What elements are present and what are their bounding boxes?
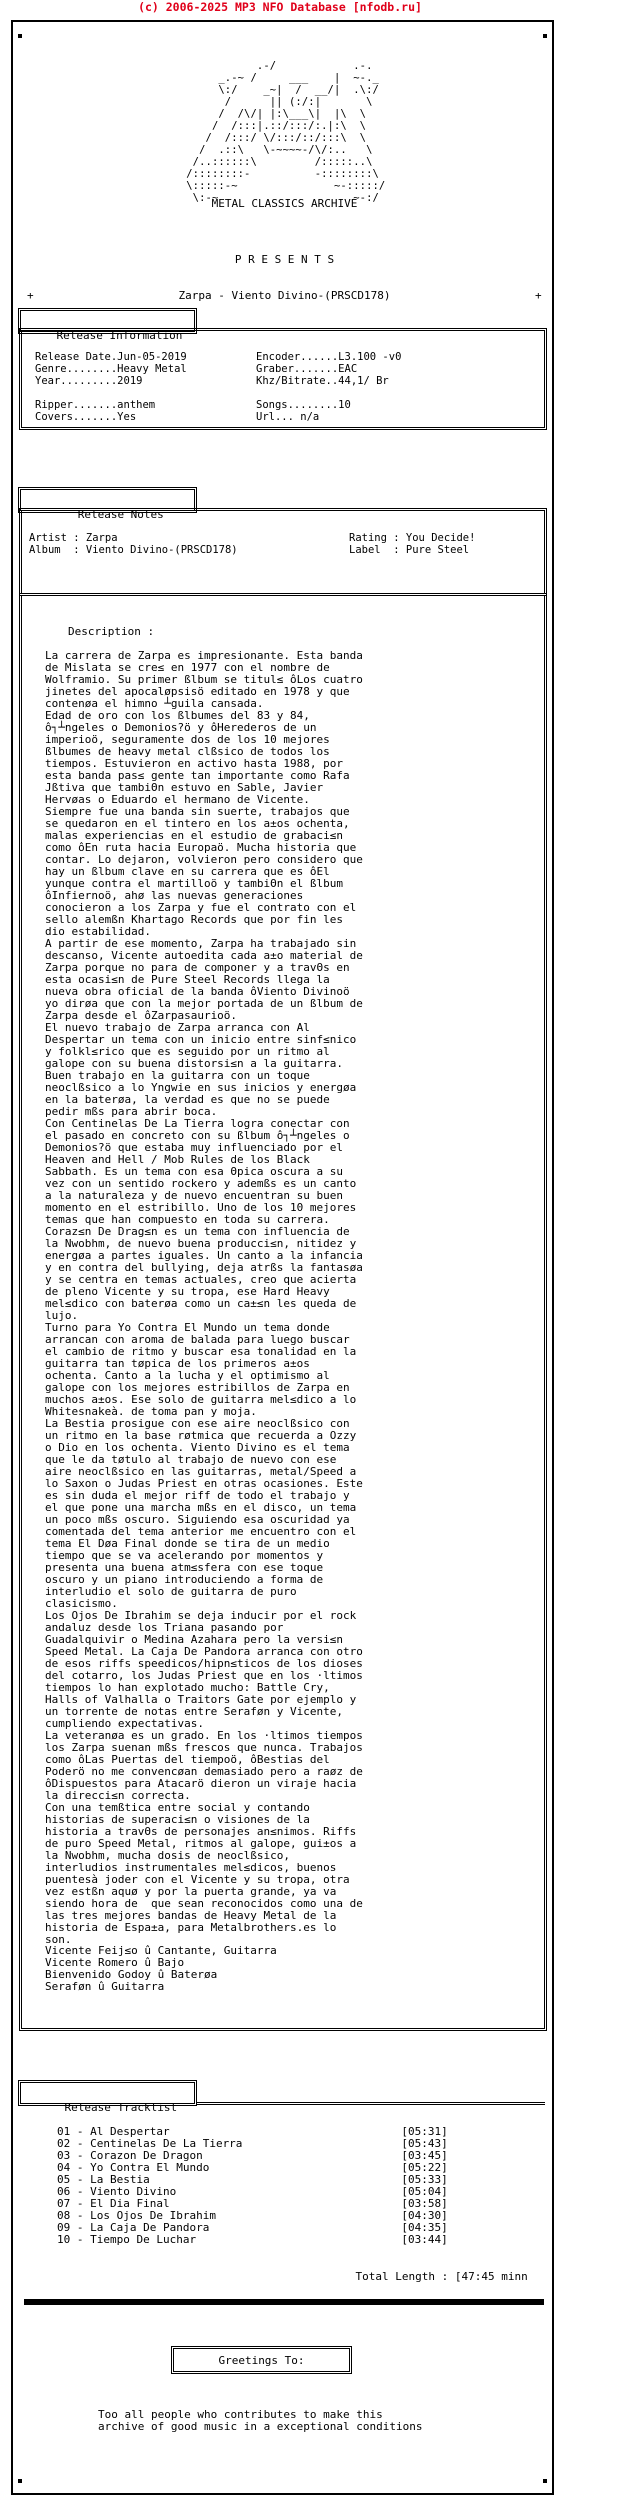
logo-art-line: .-/ .-. bbox=[167, 60, 385, 72]
description-line: mel≤dico con baterøa como un ca±≤n les q… bbox=[45, 1298, 363, 1310]
track-row: 10 - Tiempo De Luchar [03:44] bbox=[57, 2234, 448, 2246]
section-divider bbox=[24, 2299, 544, 2305]
greetings-line: archive of good music in a exceptional c… bbox=[98, 2421, 423, 2433]
nfo-frame: .-/ .-. _.-~ / ___ | ~-._ \:/ _~| / __/|… bbox=[11, 20, 554, 2495]
description-heading: Description : bbox=[68, 626, 154, 638]
release-info-field: Covers.......Yes bbox=[35, 411, 187, 423]
record-label-label: Label : bbox=[349, 544, 406, 556]
release-info-field: Genre........Heavy Metal bbox=[35, 363, 187, 375]
lineup-line: Seraføn û Guitarra bbox=[45, 1981, 277, 1993]
description-panel: Description : La carrera de Zarpa es imp… bbox=[19, 593, 547, 2031]
release-information-panel: Release Date.Jun-05-2019Genre........Hea… bbox=[19, 328, 547, 430]
logo-art-line: / /:::|.::/:::/:.|:\ \ bbox=[167, 120, 385, 132]
album-value: Viento Divino-(PRSCD178) bbox=[86, 544, 238, 556]
logo-art-line: _.-~ / ___ | ~-._ bbox=[167, 72, 385, 84]
release-info-field: Ripper.......anthem bbox=[35, 399, 187, 411]
record-label-value: Pure Steel bbox=[406, 544, 469, 556]
artist-value: Zarpa bbox=[86, 532, 118, 544]
total-length-label: Total Length : bbox=[356, 2270, 455, 2283]
release-info-right-column: Encoder......L3.100 -v0Graber.......EACK… bbox=[256, 351, 401, 423]
release-notes-header-panel: Artist : Zarpa Album : Viento Divino-(PR… bbox=[19, 508, 547, 596]
greetings-heading: Greetings To: bbox=[218, 2349, 304, 2367]
release-info-field: Url... n/a bbox=[256, 411, 401, 423]
tracklist: 01 - Al Despertar [05:31]02 - Centinelas… bbox=[57, 2126, 448, 2246]
logo-art-line: \:/ _~| / __/| .\:/ bbox=[167, 84, 385, 96]
release-info-field bbox=[256, 387, 401, 399]
total-length: Total Length : [47:45 minn bbox=[329, 2259, 528, 2295]
release-info-field: Graber.......EAC bbox=[256, 363, 401, 375]
logo-art-line: / /\/| |:\___\| |\ \ bbox=[167, 108, 385, 120]
release-info-field: Year.........2019 bbox=[35, 375, 187, 387]
release-title: Zarpa - Viento Divino-(PRSCD178) bbox=[13, 290, 556, 302]
artist-row: Artist : Zarpa bbox=[29, 532, 118, 544]
release-info-field bbox=[35, 387, 187, 399]
corner-marker-top-right bbox=[543, 34, 547, 38]
band-lineup: Vicente Feij≤o û Cantante, GuitarraVicen… bbox=[45, 1945, 277, 1993]
artist-label: Artist : bbox=[29, 532, 86, 544]
rating-value: You Decide! bbox=[406, 532, 476, 544]
metal-classics-archive-logo-icon: .-/ .-. _.-~ / ___ | ~-._ \:/ _~| / __/|… bbox=[167, 60, 385, 204]
rating-label: Rating : bbox=[349, 532, 406, 544]
rating-row: Rating : You Decide! bbox=[349, 532, 475, 544]
album-label: Album : bbox=[29, 544, 86, 556]
tab-release-tracklist: Release Tracklist bbox=[18, 2080, 197, 2106]
release-info-left-column: Release Date.Jun-05-2019Genre........Hea… bbox=[35, 351, 187, 423]
tracklist-divider bbox=[197, 2102, 545, 2105]
logo-art-line: \:::::-~ ~-:::::/ bbox=[167, 180, 385, 192]
release-info-field: Encoder......L3.100 -v0 bbox=[256, 351, 401, 363]
logo-art-line: / || (:/:| \ bbox=[167, 96, 385, 108]
album-row: Album : Viento Divino-(PRSCD178) bbox=[29, 544, 238, 556]
corner-marker-bottom-right bbox=[543, 2479, 547, 2483]
release-info-field: Khz/Bitrate..44,1/ Br bbox=[256, 375, 401, 387]
logo-art-line: / /:::/ \/:::/::/:::\ \ bbox=[167, 132, 385, 144]
label-row: Label : Pure Steel bbox=[349, 544, 469, 556]
logo-art-line: / .::\ \-~~~~-/\/:.. \ bbox=[167, 144, 385, 156]
greetings-text: Too all people who contributes to make t… bbox=[98, 2409, 423, 2433]
logo-caption: METAL CLASSICS ARCHIVE bbox=[13, 198, 556, 210]
site-title[interactable]: (c) 2006-2025 MP3 NFO Database [nfodb.ru… bbox=[0, 0, 560, 14]
corner-marker-bottom-left bbox=[18, 2479, 22, 2483]
greetings-heading-box: Greetings To: bbox=[171, 2346, 352, 2374]
description-line: historia de Espa±a, para Metalbrothers.e… bbox=[45, 1922, 363, 1934]
presents-heading: P R E S E N T S bbox=[13, 254, 556, 266]
corner-marker-top-left bbox=[18, 34, 22, 38]
plus-marker-right: + bbox=[535, 290, 542, 302]
description-text: La carrera de Zarpa es impresionante. Es… bbox=[45, 650, 363, 1946]
release-info-field: Songs........10 bbox=[256, 399, 401, 411]
logo-art-line: /..::::::\ /:::::..\ bbox=[167, 156, 385, 168]
logo-art-line: /::::::::- -::::::::\ bbox=[167, 168, 385, 180]
total-length-value: [47:45 minn bbox=[455, 2270, 528, 2283]
tab-release-tracklist-label: Release Tracklist bbox=[65, 2101, 178, 2114]
release-info-field: Release Date.Jun-05-2019 bbox=[35, 351, 187, 363]
